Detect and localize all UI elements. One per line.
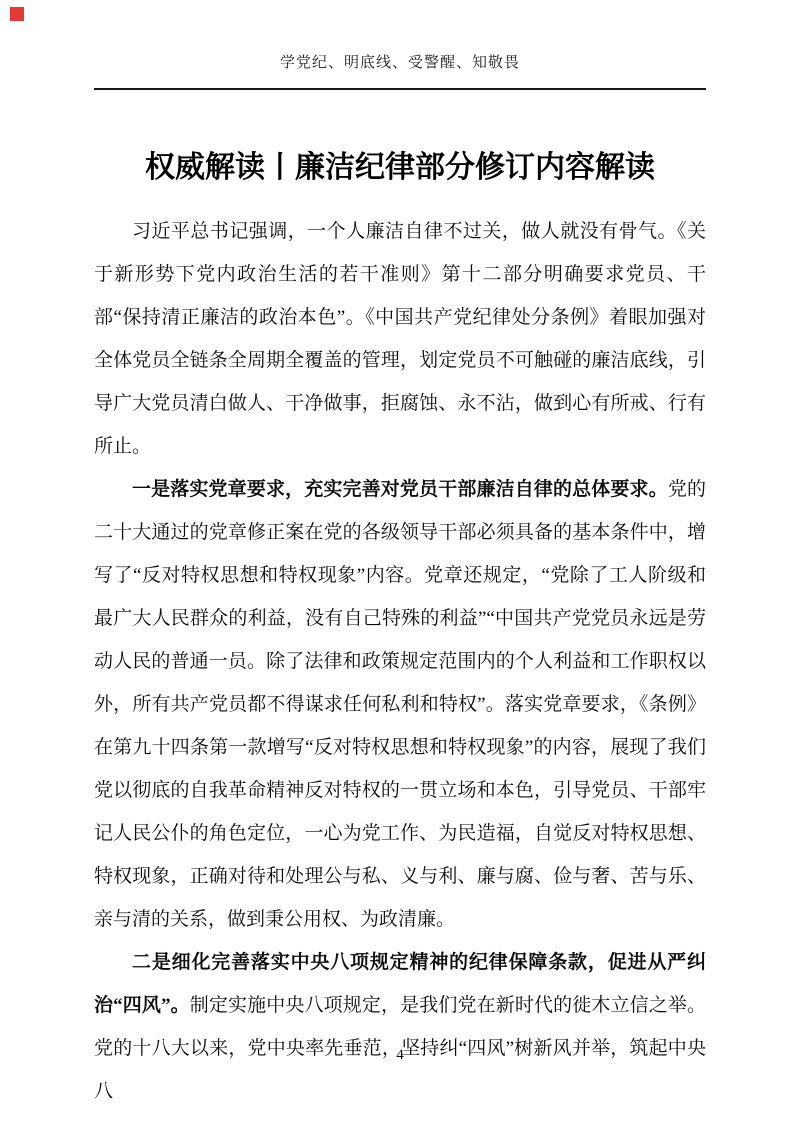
document-title: 权威解读丨廉洁纪律部分修订内容解读: [94, 148, 706, 188]
document-page: 学党纪、明底线、受警醒、知敬畏 权威解读丨廉洁纪律部分修订内容解读 习近平总书记…: [0, 0, 800, 1131]
header-divider-line: [94, 88, 706, 90]
paragraph-text: 党的二十大通过的党章修正案在党的各级领导干部必须具备的基本条件中，增写了“反对特…: [94, 479, 706, 930]
paragraph-text: 习近平总书记强调，一个人廉洁自律不过关，做人就没有骨气。《关于新形势下党内政治生…: [94, 221, 706, 457]
body-paragraph: 二是细化完善落实中央八项规定精神的纪律保障条款，促进从严纠治“四风”。制定实施中…: [94, 941, 706, 1113]
red-corner-mark: [10, 7, 24, 21]
body-paragraph: 一是落实党章要求，充实完善对党员干部廉洁自律的总体要求。党的二十大通过的党章修正…: [94, 468, 706, 941]
paragraph-lead-bold: 一是落实党章要求，充实完善对党员干部廉洁自律的总体要求。: [132, 479, 668, 500]
page-header-text: 学党纪、明底线、受警醒、知敬畏: [94, 0, 706, 72]
body-paragraph: 习近平总书记强调，一个人廉洁自律不过关，做人就没有骨气。《关于新形势下党内政治生…: [94, 210, 706, 468]
body-text: 习近平总书记强调，一个人廉洁自律不过关，做人就没有骨气。《关于新形势下党内政治生…: [94, 210, 706, 1113]
page-number: 4: [0, 1046, 800, 1064]
page-content: 学党纪、明底线、受警醒、知敬畏 权威解读丨廉洁纪律部分修订内容解读 习近平总书记…: [94, 0, 706, 1113]
